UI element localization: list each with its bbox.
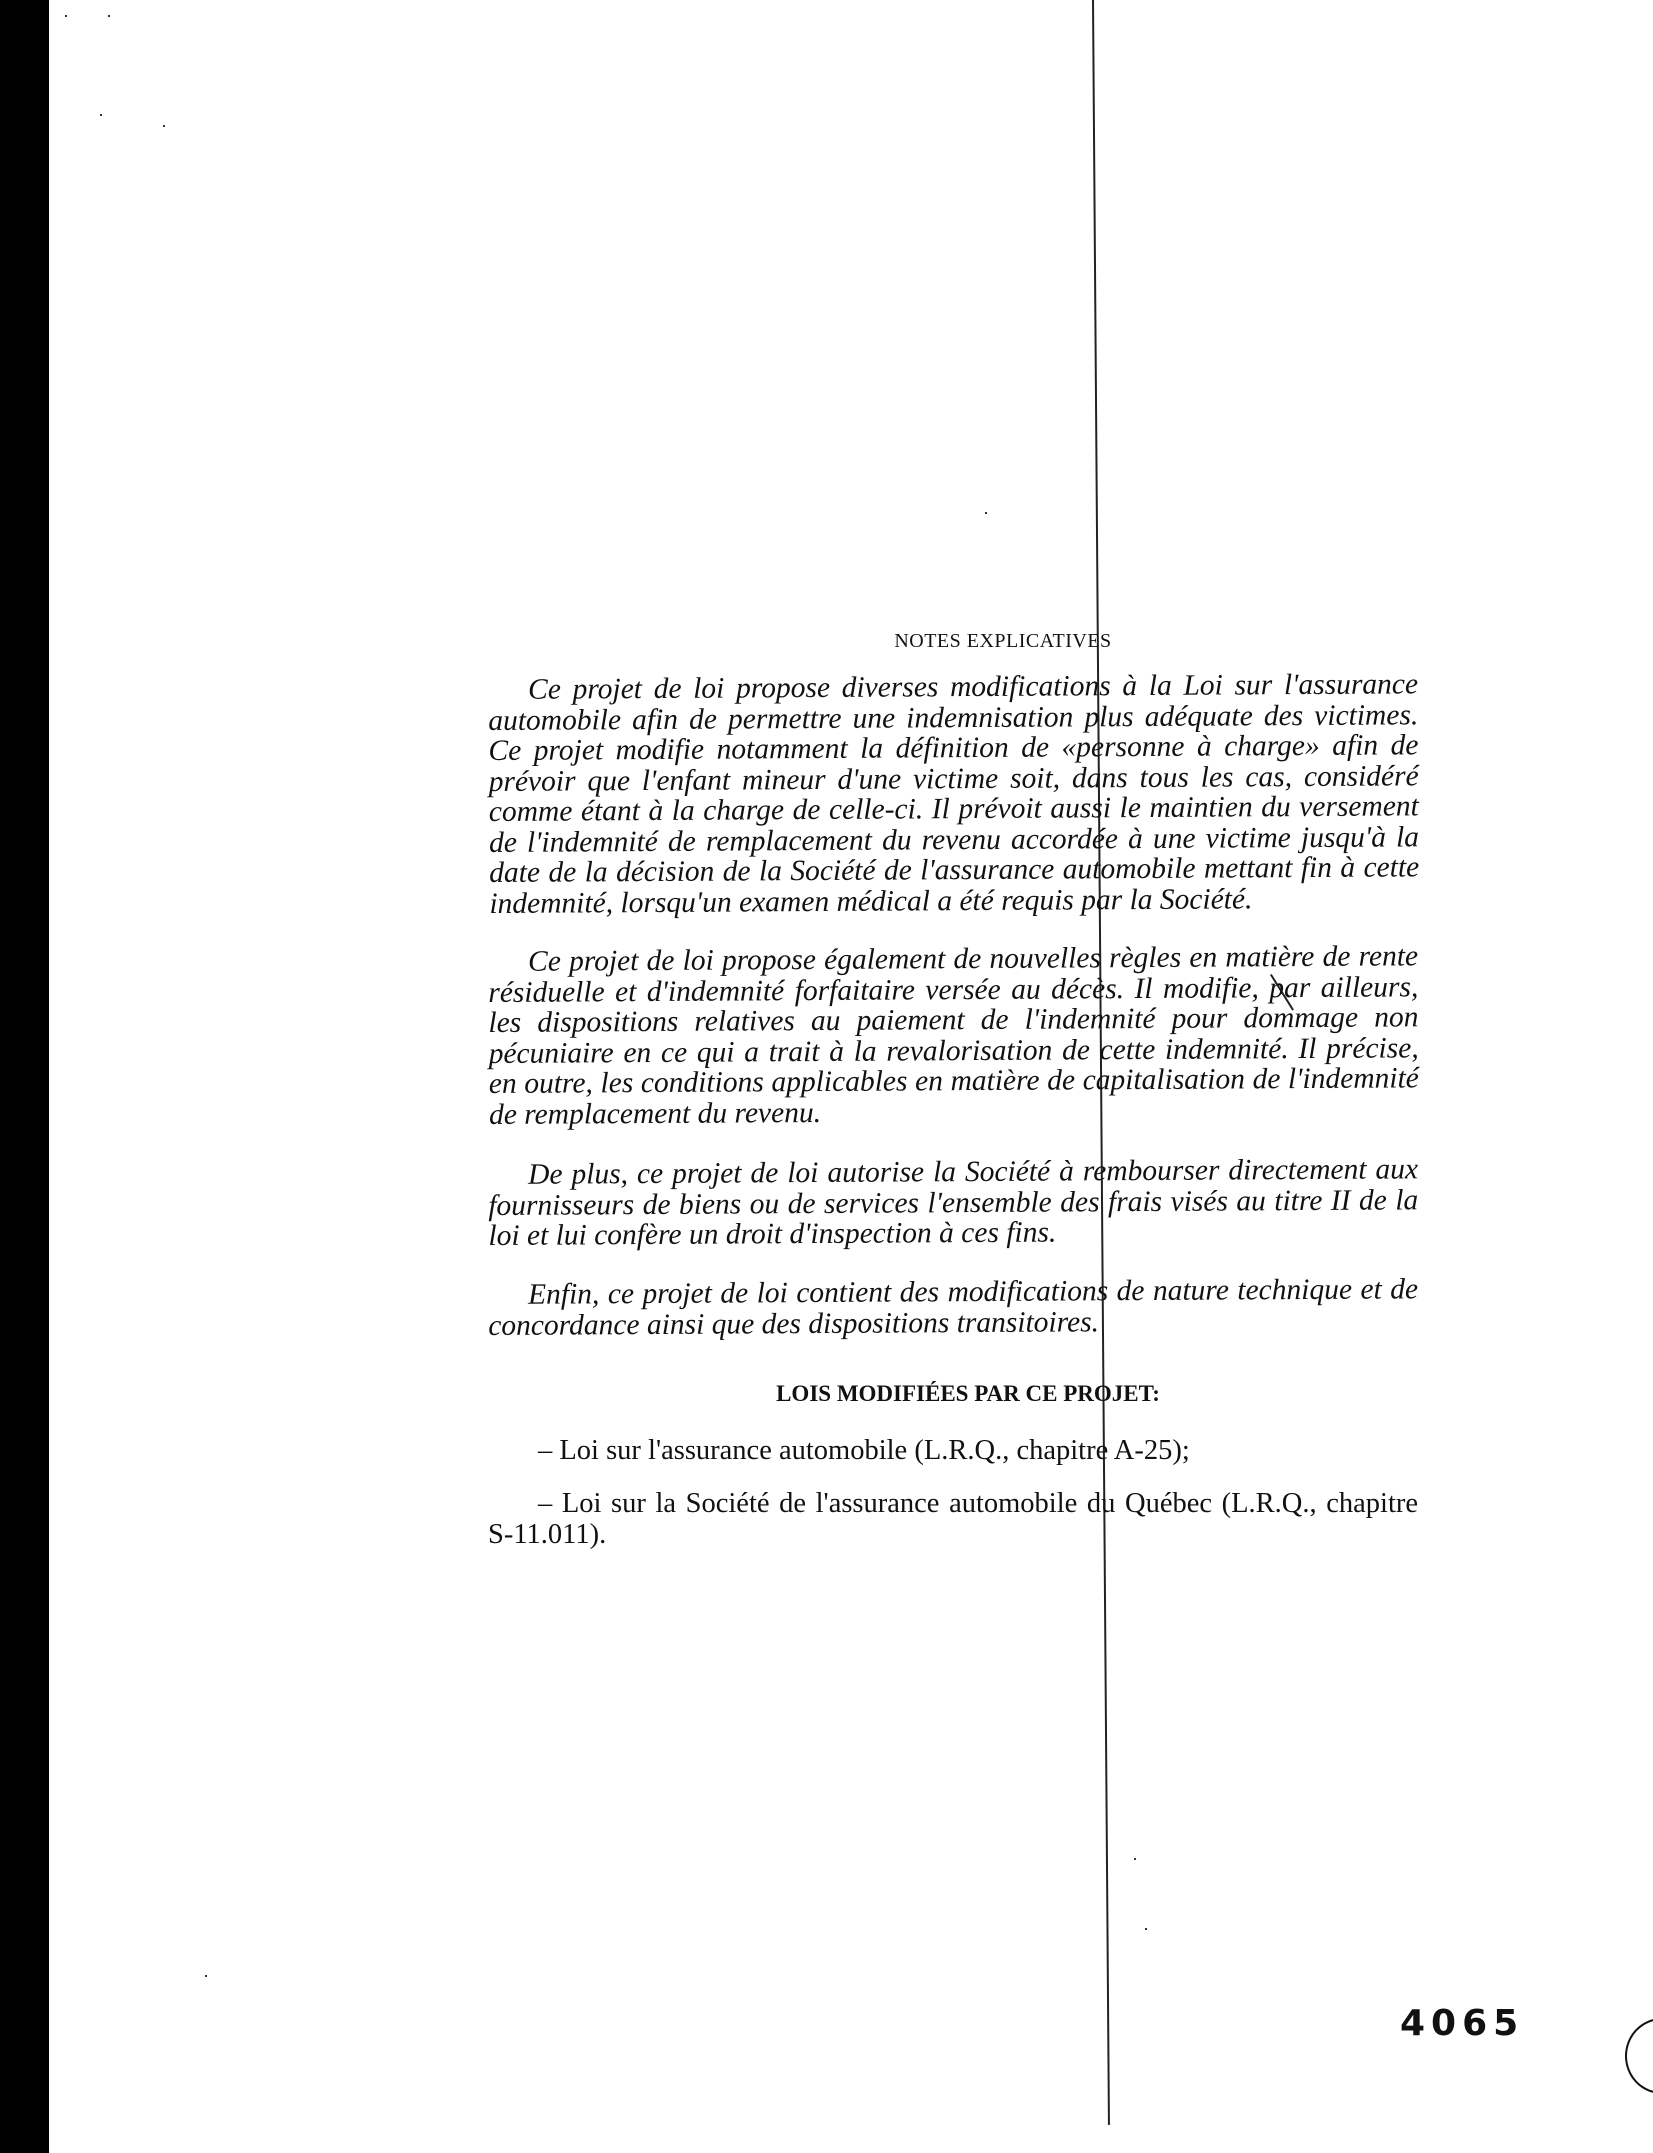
scan-speck — [1134, 1858, 1136, 1860]
scan-speck — [1145, 1928, 1147, 1930]
scan-speck — [108, 15, 110, 17]
scan-speck — [65, 15, 67, 17]
page-number: 4065 — [1400, 2003, 1524, 2044]
stamp-arc-mark — [1625, 2018, 1653, 2094]
amended-law-item: – Loi sur l'assurance automobile (L.R.Q.… — [488, 1435, 1418, 1466]
paragraph-2: Ce projet de loi propose également de no… — [488, 941, 1419, 1130]
paragraph-3: De plus, ce projet de loi autorise la So… — [488, 1154, 1419, 1251]
scan-speck — [205, 1975, 207, 1977]
section-title: NOTES EXPLICATIVES — [488, 630, 1418, 653]
scan-border — [0, 0, 49, 2153]
scan-speck — [985, 512, 987, 514]
page-content: NOTES EXPLICATIVES Ce projet de loi prop… — [488, 630, 1418, 1572]
scan-speck — [100, 114, 102, 116]
scan-speck — [163, 125, 165, 127]
paragraph-4: Enfin, ce projet de loi contient des mod… — [488, 1274, 1418, 1341]
amended-law-item: – Loi sur la Société de l'assurance auto… — [488, 1488, 1418, 1550]
paragraph-1: Ce projet de loi propose diverses modifi… — [488, 669, 1419, 919]
amended-laws-heading: LOIS MODIFIÉES PAR CE PROJET: — [488, 1381, 1418, 1407]
